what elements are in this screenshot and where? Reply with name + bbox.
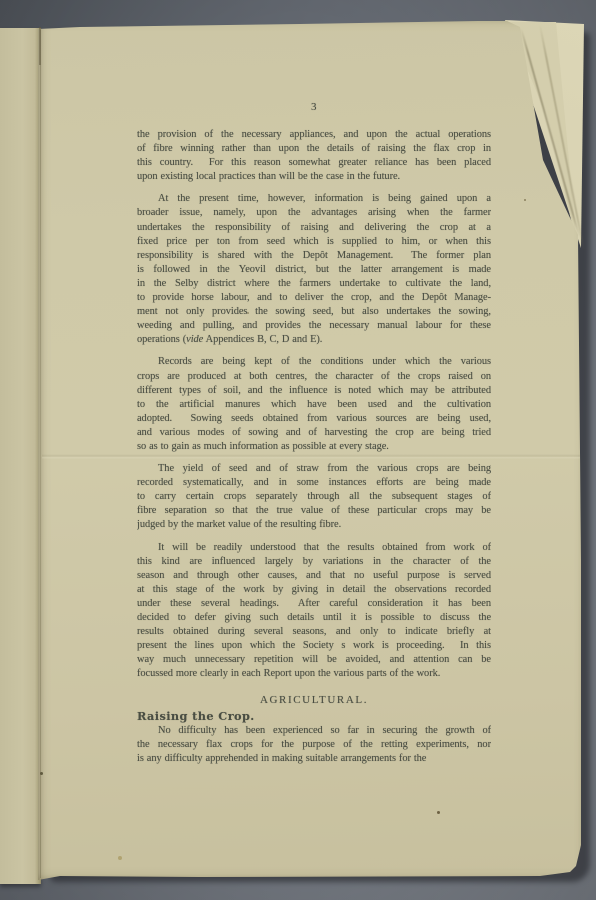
section-heading: AGRICULTURAL. bbox=[137, 693, 491, 707]
page-number: 3 bbox=[137, 101, 491, 113]
text-line: of fibre winning rather than upon the de… bbox=[137, 142, 491, 156]
text-line: fixed price per ton from seed which is s… bbox=[137, 235, 491, 249]
text-line: The yield of seed and of straw from the … bbox=[137, 462, 491, 476]
text-line: is any difficulty apprehended in making … bbox=[137, 752, 491, 766]
text-line: No difficulty has been experienced so fa… bbox=[137, 724, 491, 738]
text-line: weeding and pulling, and provides the ne… bbox=[137, 319, 491, 333]
paragraph: No difficulty has been experienced so fa… bbox=[137, 724, 491, 766]
paragraph: Records are being kept of the conditions… bbox=[137, 355, 491, 454]
text-line: to the artificial manures which have bee… bbox=[137, 398, 491, 412]
paragraph: At the present time, however, informatio… bbox=[137, 192, 491, 347]
body-text-top: the provision of the necessary appliance… bbox=[137, 128, 491, 681]
text-line: fibre separation so that the true value … bbox=[137, 504, 491, 518]
text-line: judged by the market value of the result… bbox=[137, 518, 491, 532]
text-line: is followed in the Yeovil district, but … bbox=[137, 263, 491, 277]
text-line: the provision of the necessary appliance… bbox=[137, 128, 491, 142]
paragraph: the provision of the necessary appliance… bbox=[137, 128, 491, 184]
text-line: decided to defer giving such details unt… bbox=[137, 611, 491, 625]
text-line: recorded systematically, and in some ins… bbox=[137, 476, 491, 490]
text-line: ment not only provides the sowing seed, … bbox=[137, 305, 491, 319]
text-line: upon existing local practices than will … bbox=[137, 170, 491, 184]
text-line: different types of soil, and the influen… bbox=[137, 384, 491, 398]
text-line: present the lines upon which the Society… bbox=[137, 639, 491, 653]
text-line: to provide horse labour, and to deliver … bbox=[137, 291, 491, 305]
scanned-document-photo: 3 the provision of the necessary applian… bbox=[0, 0, 596, 900]
text-line: under these several headings. After care… bbox=[137, 597, 491, 611]
subsection-heading: Raising the Crop. bbox=[137, 709, 491, 723]
text-line: operations (vide Appendices B, C, D and … bbox=[137, 333, 491, 347]
text-line: broader issue, namely, upon the advantag… bbox=[137, 206, 491, 220]
text-line: way much unnecessary repetition will be … bbox=[137, 653, 491, 667]
text-line: focussed more clearly in each Report upo… bbox=[137, 667, 491, 681]
text-line: this kind are influenced largely by vari… bbox=[137, 555, 491, 569]
text-line: crops are produced at both centres, the … bbox=[137, 370, 491, 384]
text-line: this country. For this reason somewhat g… bbox=[137, 156, 491, 170]
text-line: and various modes of sowing and of harve… bbox=[137, 426, 491, 440]
text-line: in the Selby district where the farmers … bbox=[137, 277, 491, 291]
gutter-crease bbox=[40, 30, 41, 878]
text-line: the necessary flax crops for the purpose… bbox=[137, 738, 491, 752]
text-line: to carry certain crops separately throug… bbox=[137, 490, 491, 504]
paragraph: The yield of seed and of straw from the … bbox=[137, 462, 491, 532]
paragraph: It will be readily understood that the r… bbox=[137, 541, 491, 682]
text-line: responsibility is shared with the Depôt … bbox=[137, 249, 491, 263]
text-line: undertakes the responsibility of raising… bbox=[137, 221, 491, 235]
body-text-bottom: No difficulty has been experienced so fa… bbox=[137, 724, 491, 766]
text-line: at this stage of the work by giving in d… bbox=[137, 583, 491, 597]
text-line: season and through other causes, and tha… bbox=[137, 569, 491, 583]
text-line: At the present time, however, informatio… bbox=[137, 192, 491, 206]
text-line: Records are being kept of the conditions… bbox=[137, 355, 491, 369]
text-line: so as to gain as much information as pos… bbox=[137, 440, 491, 454]
page-text: 3 the provision of the necessary applian… bbox=[137, 0, 491, 766]
text-line: results obtained during several seasons,… bbox=[137, 625, 491, 639]
text-line: It will be readily understood that the r… bbox=[137, 541, 491, 555]
text-line: adopted. Sowing seeds obtained from vari… bbox=[137, 412, 491, 426]
page-gutter-fold bbox=[0, 28, 41, 884]
